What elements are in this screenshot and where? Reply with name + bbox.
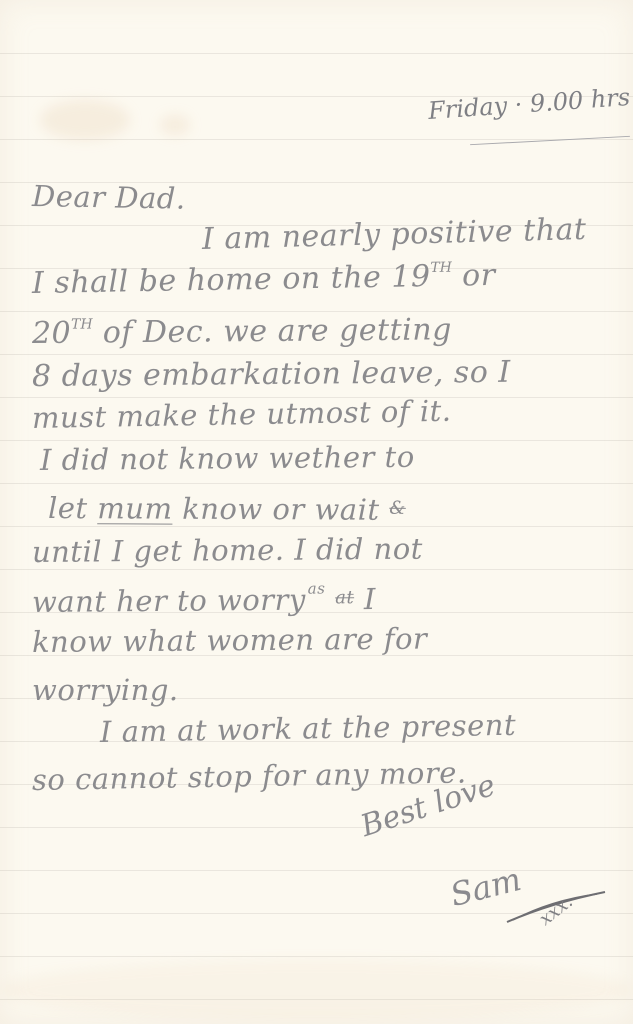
body-line-7-tail: know or wait <box>172 492 379 527</box>
struck-word: at <box>335 587 354 608</box>
date-underline <box>470 136 630 145</box>
body-line-13: so cannot stop for any more. <box>32 758 467 795</box>
body-line-2-text: I shall be home on the 19 <box>32 259 431 301</box>
body-line-3-tail: of Dec. we are getting <box>93 312 452 350</box>
body-line-7: let mum know or wait & <box>48 494 406 525</box>
body-line-2: I shall be home on the 19TH or <box>32 260 496 299</box>
body-line-7-text: let <box>48 491 97 525</box>
letter-page: Friday · 9.00 hrs Dear Dad. I am nearly … <box>0 0 633 1024</box>
paper-stain <box>0 960 633 1020</box>
struck-word: & <box>389 498 406 519</box>
ordinal-suffix: TH <box>430 260 452 276</box>
body-line-9-tail: I <box>354 582 376 616</box>
body-line-6: I did not know wether to <box>40 443 415 475</box>
body-line-1: I am nearly positive that <box>202 215 587 255</box>
body-line-9-text: want her to worry <box>32 583 306 619</box>
body-line-3: 20TH of Dec. we are getting <box>32 314 452 349</box>
paper-stain <box>40 100 130 140</box>
inserted-word: as <box>308 579 326 597</box>
paper-stain <box>160 115 190 135</box>
body-line-9: want her to worryas at I <box>32 581 376 617</box>
underlined-word: mum <box>97 491 172 525</box>
salutation: Dear Dad. <box>32 182 186 214</box>
body-line-10: know what women are for <box>32 625 428 657</box>
body-line-4: 8 days embarkation leave, so I <box>32 358 511 392</box>
ordinal-suffix: TH <box>71 316 93 332</box>
body-line-8: until I get home. I did not <box>32 535 423 567</box>
date-line: Friday · 9.00 hrs <box>427 83 631 125</box>
body-line-3-text: 20 <box>32 316 71 351</box>
body-line-12: I am at work at the present <box>100 711 517 747</box>
body-line-11: worrying. <box>32 676 179 705</box>
body-line-2-tail: or <box>452 258 496 294</box>
body-line-5: must make the utmost of it. <box>32 397 452 433</box>
